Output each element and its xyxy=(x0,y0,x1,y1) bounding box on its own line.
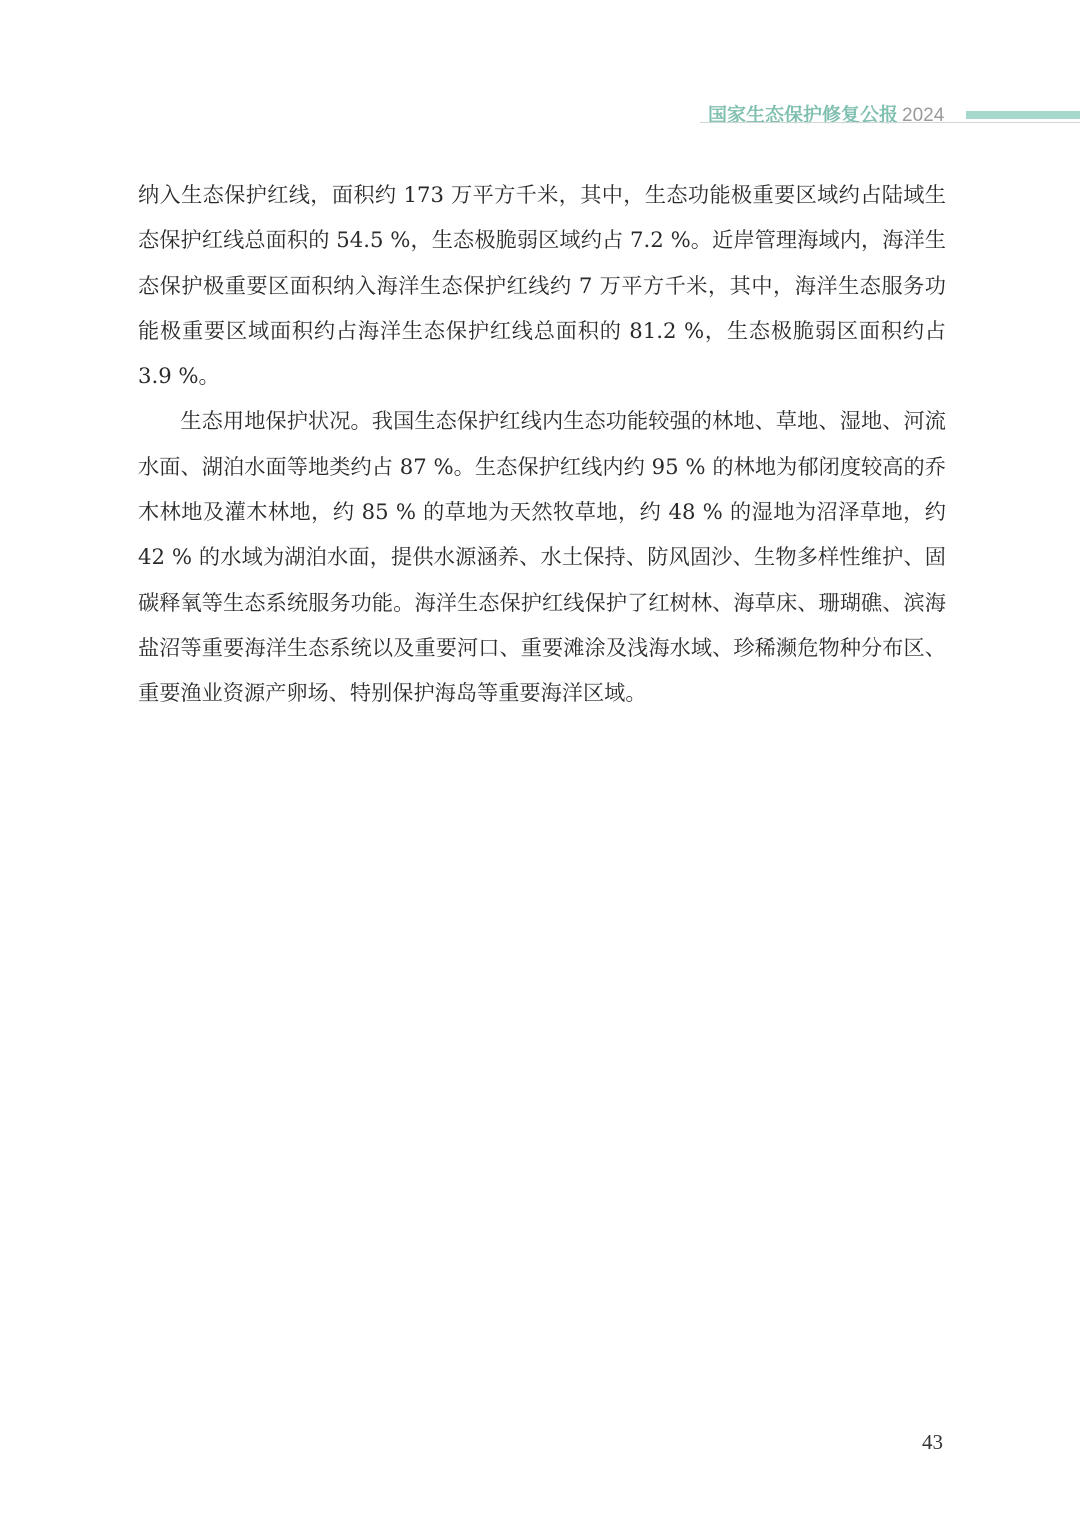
paragraph-continued: 纳入生态保护红线，面积约 173 万平方千米，其中，生态功能极重要区域约占陆域生… xyxy=(138,172,946,398)
paragraph-ecological-land-protection: 生态用地保护状况。我国生态保护红线内生态功能较强的林地、草地、湿地、河流水面、湖… xyxy=(138,398,946,715)
body-text: 纳入生态保护红线，面积约 173 万平方千米，其中，生态功能极重要区域约占陆域生… xyxy=(138,172,946,716)
header-divider xyxy=(700,122,1080,123)
page-number: 43 xyxy=(922,1430,943,1455)
running-header: 国家生态保护修复公报2024 xyxy=(0,0,1080,130)
header-accent-bar xyxy=(966,111,1080,119)
